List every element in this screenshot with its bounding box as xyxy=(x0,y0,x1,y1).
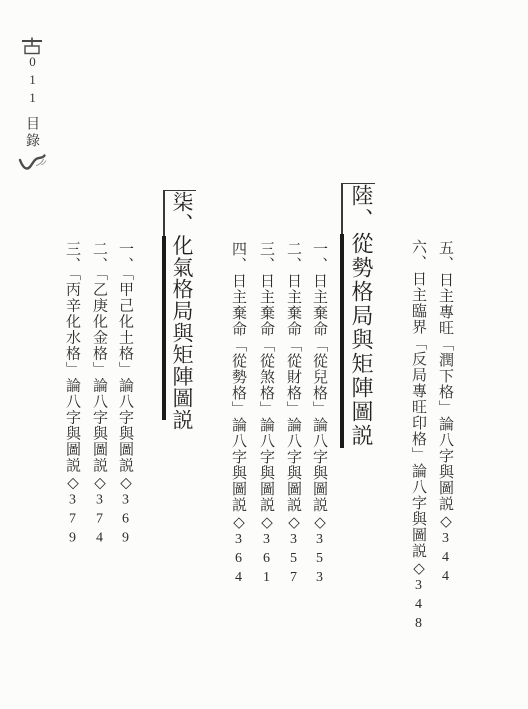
toc-entry-text: 四、日主棄命「從勢格」論八字與圖説◇ xyxy=(230,241,246,532)
spine-page-number: 011 xyxy=(24,54,40,108)
section-header-qi: 柒、化氣格局與矩陣圖説 xyxy=(163,190,196,432)
toc-entry-text: 一、日主棄命「從兒格」論八字與圖説◇ xyxy=(311,241,327,532)
toc-entry-page: 374 xyxy=(92,493,107,550)
toc-entry-text: 六、日主臨界「反局專旺印格」論八字與圖説◇ xyxy=(410,239,426,578)
toc-entry-text: 二、「乙庚化金格」論八字與圖説◇ xyxy=(91,241,107,493)
publisher-mark-icon xyxy=(18,36,46,56)
toc-entry-page: 353 xyxy=(312,532,327,589)
toc-entry: 二、日主棄命「從財格」論八字與圖説◇357 xyxy=(283,241,303,589)
toc-page: 011 目錄 五、日主專旺「潤下格」論八字與圖説◇344 六、日主臨界「反局專旺… xyxy=(0,0,528,709)
header-left-rule-thick xyxy=(162,236,166,420)
toc-entry: 四、日主棄命「從勢格」論八字與圖説◇364 xyxy=(228,241,248,589)
toc-entry-page: 344 xyxy=(438,531,453,588)
toc-entry-page: 369 xyxy=(118,493,133,550)
toc-entry: 一、「甲己化土格」論八字與圖説◇369 xyxy=(115,241,135,550)
brush-scribble-icon xyxy=(17,150,49,176)
toc-entry: 五、日主專旺「潤下格」論八字與圖説◇344 xyxy=(435,240,455,588)
toc-entry: 三、「丙辛化水格」論八字與圖説◇379 xyxy=(62,241,82,550)
section-title: 柒、化氣格局與矩陣圖説 xyxy=(168,191,196,431)
spine-section-title: 目錄 xyxy=(23,116,40,150)
toc-entry-text: 三、「丙辛化水格」論八字與圖説◇ xyxy=(64,241,80,493)
header-left-rule-thin xyxy=(341,183,343,236)
toc-entry-page: 364 xyxy=(231,532,246,589)
toc-entry-page: 348 xyxy=(411,578,426,635)
section-title: 陸、從勢格局與矩陣圖説 xyxy=(347,184,375,448)
toc-entry-page: 361 xyxy=(259,532,274,589)
toc-entry: 二、「乙庚化金格」論八字與圖説◇374 xyxy=(89,241,109,550)
toc-entry-page: 379 xyxy=(65,493,80,550)
header-left-rule-thick xyxy=(340,234,344,448)
toc-entry-page: 357 xyxy=(286,532,301,589)
toc-entry-text: 三、日主棄命「從煞格」論八字與圖説◇ xyxy=(258,241,274,532)
header-left-rule-thin xyxy=(163,190,165,238)
toc-entry-text: 二、日主棄命「從財格」論八字與圖説◇ xyxy=(285,241,301,532)
toc-entry-text: 五、日主專旺「潤下格」論八字與圖説◇ xyxy=(437,240,453,531)
toc-entry: 六、日主臨界「反局專旺印格」論八字與圖説◇348 xyxy=(408,239,428,635)
toc-entry-text: 一、「甲己化土格」論八字與圖説◇ xyxy=(117,241,133,493)
toc-entry: 三、日主棄命「從煞格」論八字與圖説◇361 xyxy=(256,241,276,589)
spine-area: 011 目錄 xyxy=(14,34,54,184)
section-header-liu: 陸、從勢格局與矩陣圖説 xyxy=(341,183,375,451)
toc-entry: 一、日主棄命「從兒格」論八字與圖説◇353 xyxy=(309,241,329,589)
